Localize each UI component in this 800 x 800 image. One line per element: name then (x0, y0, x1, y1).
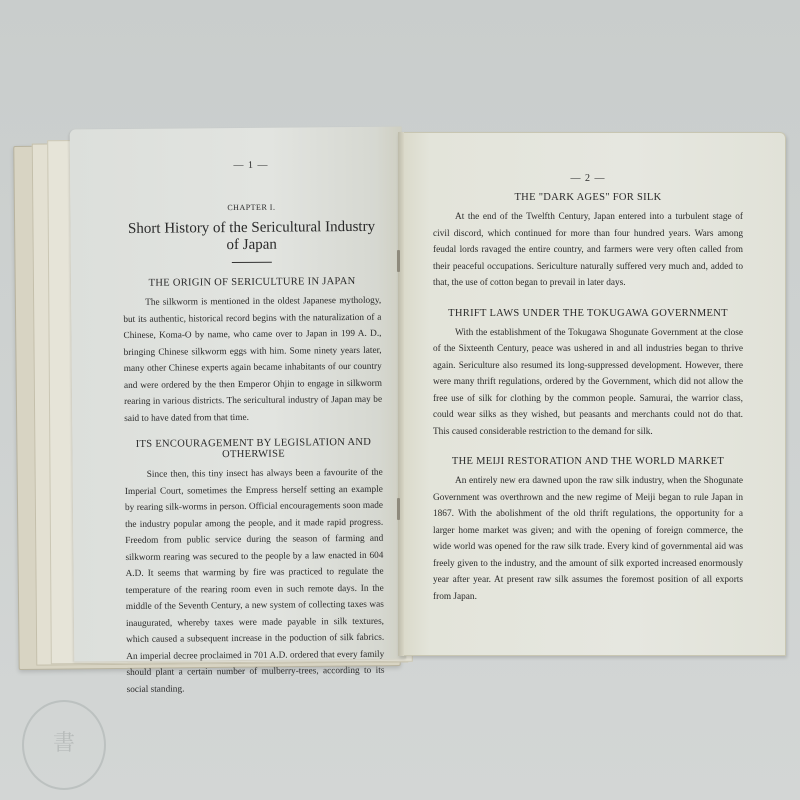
staple-icon (397, 250, 400, 272)
title-rule (232, 262, 272, 263)
left-page: — 1 — CHAPTER I. Short History of the Se… (70, 127, 407, 662)
section-heading: THE ORIGIN OF SERICULTURE IN JAPAN (123, 276, 381, 289)
page-number: — 2 — (433, 173, 743, 184)
section-paragraph: Since then, this tiny insect has always … (125, 465, 385, 698)
section-paragraph: An entirely new era dawned upon the raw … (433, 473, 743, 605)
right-page: — 2 — THE "DARK AGES" FOR SILK At the en… (398, 132, 786, 656)
left-page-content: — 1 — CHAPTER I. Short History of the Se… (122, 159, 385, 698)
section-paragraph: The silkworm is mentioned in the oldest … (123, 293, 382, 427)
chapter-label: CHAPTER I. (122, 202, 380, 213)
page-number: — 1 — (122, 159, 380, 172)
section-heading: THRIFT LAWS UNDER THE TOKUGAWA GOVERNMEN… (433, 308, 743, 319)
section-heading: ITS ENCOURAGEMENT BY LEGISLATION AND OTH… (124, 437, 382, 461)
seal-watermark: 書 (22, 700, 106, 790)
chapter-title: Short History of the Sericultural Indust… (122, 219, 380, 255)
right-page-content: — 2 — THE "DARK AGES" FOR SILK At the en… (433, 173, 743, 605)
section-heading: THE "DARK AGES" FOR SILK (433, 192, 743, 203)
section-heading: THE MEIJI RESTORATION AND THE WORLD MARK… (433, 456, 743, 467)
section-paragraph: With the establishment of the Tokugawa S… (433, 325, 743, 441)
section-paragraph: At the end of the Twelfth Century, Japan… (433, 209, 743, 292)
book-spine-gutter (398, 132, 404, 656)
staple-icon (397, 498, 400, 520)
